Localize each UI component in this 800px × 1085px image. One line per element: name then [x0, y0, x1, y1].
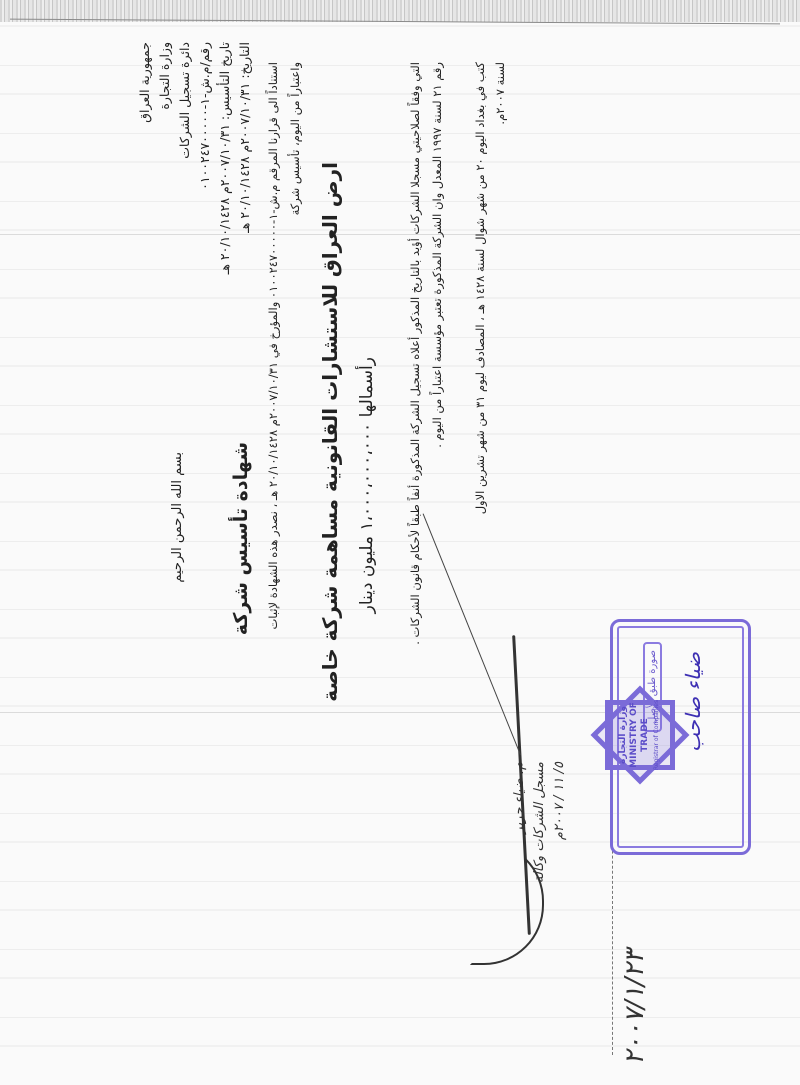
seal-text: Registrar of Companies: [651, 700, 662, 770]
registrar-name: م. ضياء حرير: [510, 762, 530, 883]
company-capital: رأسمالها ١،٠٠٠،٠٠٠،٠٠٠ مليون دينار: [357, 357, 377, 613]
paragraph-decision: استناداً الى قرارنا المرقم م.ش-١-٠١٠٠٢٤٧…: [262, 62, 306, 630]
paragraph-line: استناداً الى قرارنا المرقم م.ش-١-٠١٠٠٢٤٧…: [262, 62, 284, 630]
registration-number: رقم/م.ش-١-٠١٠٠٢٤٧٠٠٠٠٠: [195, 42, 215, 274]
registrar-role: مسجل الشركات وكالة: [530, 762, 550, 883]
registrar-signature: م. ضياء حرير مسجل الشركات وكالة ٥/ ١١ / …: [510, 762, 570, 883]
signature-date: ٥/ ١١ / ٢٠٠٧م: [550, 762, 570, 883]
country-name: جمهورية العراق: [135, 42, 155, 274]
bismillah: بسم الله الرحمن الرحيم: [170, 452, 185, 583]
written-at-statement: كتب في بغداد اليوم ٢٠ من شهر شوال لسنة ١…: [470, 62, 510, 514]
paragraph-line: التي وفقاً لصلاحيتي مسجلا الشركات أؤيد ب…: [404, 62, 426, 645]
paragraph-line: واعتباراً من اليوم، تأسيس شركة: [284, 62, 306, 630]
issuer-header: جمهورية العراق وزارة التجارة دائرة تسجيل…: [135, 42, 255, 274]
company-name: ارض العراق للاستشارات القانونية مساهمة ش…: [318, 162, 342, 702]
certificate-page: بسم الله الرحمن الرحيم جمهورية العراق وز…: [0, 22, 800, 1085]
handwritten-date: ٢٠٠٧/١/٢٣: [620, 950, 650, 1065]
department-name: دائرة تسجيل الشركات: [175, 42, 195, 274]
issue-date: التاريخ: ٢٠٠٧/١٠/٣١م ٢٠/١٠/١٤٢٨ هـ: [235, 42, 255, 274]
founding-date: تاريخ التأسيس: ٢٠٠٧/١٠/٣١م ٢٠/١٠/١٤٢٨ هـ: [215, 42, 235, 274]
official-stamps: صورة طبق الأصل ضياء صاحب وزارة التجارة M…: [590, 615, 770, 975]
paragraph-line: لسنة ٢٠٠٧م.: [490, 62, 510, 514]
paragraph-line: رقم ٢١ لسنة ١٩٩٧ المعدل وان الشركة المذك…: [426, 62, 448, 645]
seal-text: TRADE: [640, 718, 651, 752]
seal-text: MINISTRY OF: [629, 702, 640, 768]
certificate-title: شهادة تأسيس شركة: [230, 442, 252, 635]
paragraph-line: كتب في بغداد اليوم ٢٠ من شهر شوال لسنة ١…: [470, 62, 490, 514]
ministry-seal-icon: وزارة التجارة MINISTRY OF TRADE Registra…: [590, 685, 690, 785]
scan-noise-band: [0, 0, 800, 22]
ministry-name: وزارة التجارة: [155, 42, 175, 274]
fold-line: [0, 234, 800, 235]
seal-text: وزارة التجارة: [618, 706, 629, 764]
